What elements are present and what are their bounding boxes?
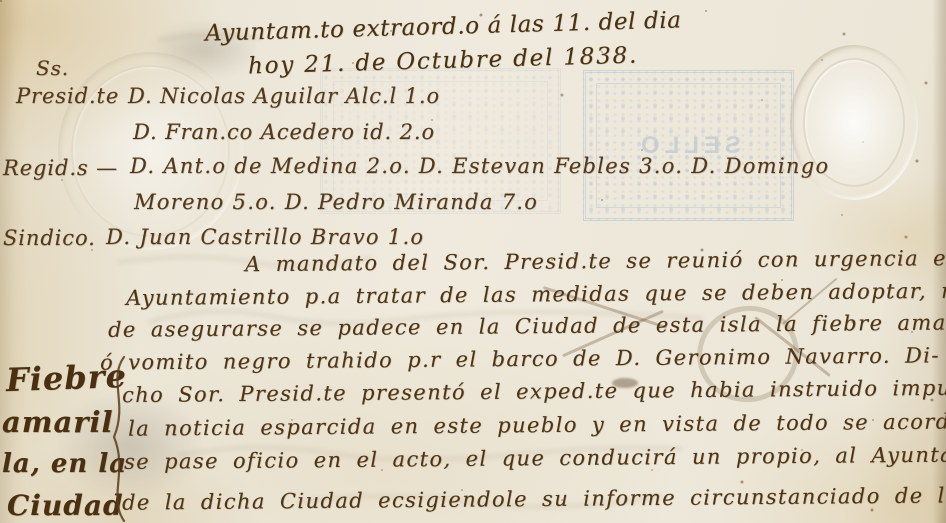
president-label: Presid.te — [16, 86, 119, 107]
regidores-names-continued: Moreno 5.o. D. Pedro Miranda 7.o — [134, 192, 538, 213]
embossed-dry-seal-left — [58, 52, 243, 250]
president-name: D. Nicolas Aguilar Alc.l 1.o — [128, 86, 440, 107]
sindico-name: D. Juan Castrillo Bravo 1.o — [106, 227, 424, 248]
margin-note-line: amaril — [2, 408, 114, 437]
regidores-label: Regid.s — — [3, 158, 118, 179]
session-abbrev: Ss. — [36, 58, 69, 78]
sindico-label: Sindico. — [3, 228, 96, 249]
manuscript-page: SELLO Ayuntam.to extraord.o á las 11. de… — [0, 0, 946, 523]
margin-brace-icon — [100, 355, 132, 523]
regidores-names: D. Ant.o de Medina 2.o. D. Estevan Feble… — [130, 156, 829, 177]
second-alcalde-name: D. Fran.co Acedero id. 2.o — [133, 122, 435, 143]
